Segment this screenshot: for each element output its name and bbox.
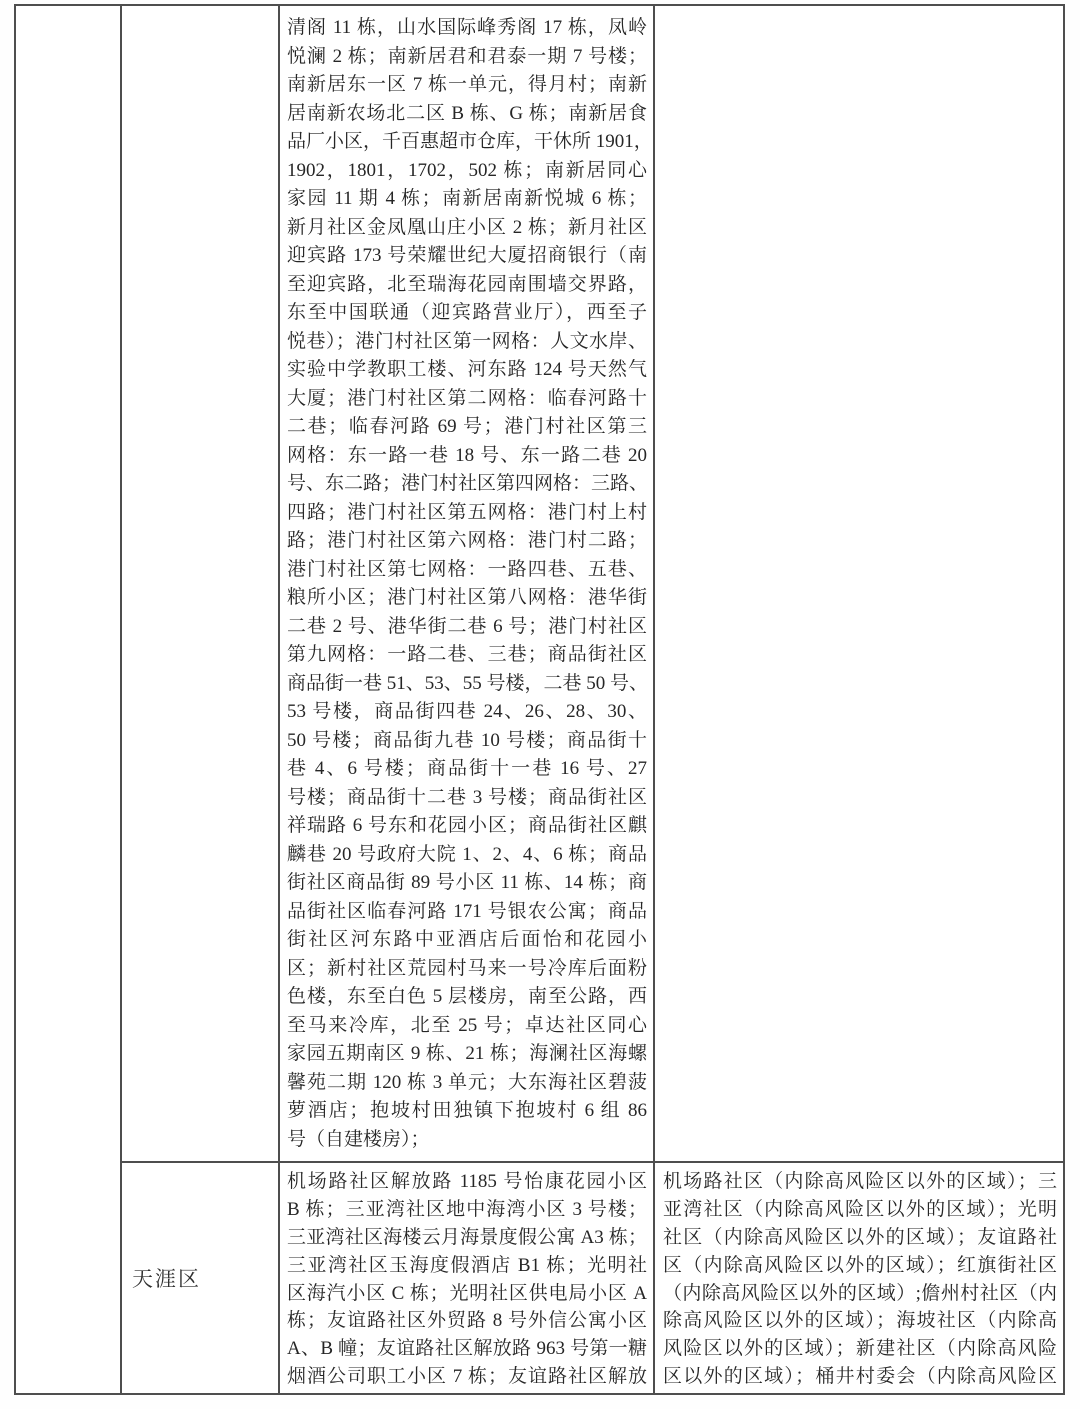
text-line: 悦澜 2 栋；南新居君和君泰一期 7 号楼； [287, 43, 647, 72]
text-line: 区以外的区域）；桶井村委会（内除高风险区 [663, 1363, 1057, 1391]
text-line: 南新居东一区 7 栋一单元，得月村；南新 [287, 71, 647, 100]
text-line: 烟酒公司职工小区 7 栋；友谊路社区解放 [287, 1363, 647, 1391]
text-line: 区海汽小区 C 栋；光明社区供电局小区 A [287, 1280, 647, 1308]
text-line: 清阁 11 栋，山水国际峰秀阁 17 栋，凤岭 [287, 14, 647, 43]
text-line: 机场路社区解放路 1185 号怡康花园小区 [287, 1168, 647, 1196]
text-line: 社区（内除高风险区以外的区域）；友谊路社 [663, 1224, 1057, 1252]
other-areas-cell-row1 [655, 6, 1063, 1163]
text-line: 风险区以外的区域）；新建社区（内除高风险 [663, 1335, 1057, 1363]
text-line: 机场路社区（内除高风险区以外的区域）；三 [663, 1168, 1057, 1196]
text-line: 1902，1801，1702，502 栋；南新居同心 [287, 157, 647, 186]
text-line: 网格：东一路一巷 18 号、东一路二巷 20 [287, 442, 647, 471]
district-label: 天涯区 [132, 1263, 201, 1293]
text-line: 号、东二路；港门村社区第四网格：三路、 [287, 470, 647, 499]
text-line: 巷 4、6 号楼；商品街十一巷 16 号、27 [287, 755, 647, 784]
text-line: 家园 11 期 4 栋；南新居南新悦城 6 栋； [287, 185, 647, 214]
text-line: 四路；港门村社区第五网格：港门村上村 [287, 499, 647, 528]
risk-areas-cell-row1: 清阁 11 栋，山水国际峰秀阁 17 栋，凤岭悦澜 2 栋；南新居君和君泰一期 … [280, 6, 655, 1163]
text-line: A、B 幢；友谊路社区解放路 963 号第一糖 [287, 1335, 647, 1363]
text-line: 家园五期南区 9 栋、21 栋；海澜社区海螺 [287, 1040, 647, 1069]
text-line: 号（自建楼房）； [287, 1126, 647, 1155]
text-line: 大厦；港门村社区第二网格：临春河路十 [287, 385, 647, 414]
text-line: 二巷 2 号、港华街二巷 6 号；港门村社区 [287, 613, 647, 642]
text-line: 麟巷 20 号政府大院 1、2、4、6 栋；商品 [287, 841, 647, 870]
text-line: 50 号楼；商品街九巷 10 号楼；商品街十 [287, 727, 647, 756]
text-line: 号楼；商品街十二巷 3 号楼；商品街社区 [287, 784, 647, 813]
district-cell-row2: 天涯区 [122, 1163, 280, 1393]
text-line: 亚湾社区（内除高风险区以外的区域）；光明 [663, 1196, 1057, 1224]
text-line: B 栋；三亚湾社区地中海湾小区 3 号楼； [287, 1196, 647, 1224]
text-line: 粮所小区；港门村社区第八网格：港华街 [287, 584, 647, 613]
text-line: 第九网格：一路二巷、三巷；商品街社区 [287, 641, 647, 670]
text-line: 53 号楼，商品街四巷 24、26、28、30、 [287, 698, 647, 727]
text-line: 路；港门村社区第六网格：港门村二路； [287, 527, 647, 556]
text-line: 新月社区金凤凰山庄小区 2 栋；新月社区 [287, 214, 647, 243]
text-line: 祥瑞路 6 号东和花园小区；商品街社区麒 [287, 812, 647, 841]
document-page: 清阁 11 栋，山水国际峰秀阁 17 栋，凤岭悦澜 2 栋；南新居君和君泰一期 … [0, 0, 1080, 1409]
text-line: 迎宾路 173 号荣耀世纪大厦招商银行（南 [287, 242, 647, 271]
text-line: 萝酒店；抱坡村田独镇下抱坡村 6 组 86 [287, 1097, 647, 1126]
text-line: 三亚湾社区玉海度假酒店 B1 栋；光明社 [287, 1252, 647, 1280]
text-line: （内除高风险区以外的区域）;儋州村社区（内 [663, 1280, 1057, 1308]
text-line: 至马来冷库，北至 25 号；卓达社区同心 [287, 1012, 647, 1041]
text-line: 悦巷）；港门村社区第一网格：人文水岸、 [287, 328, 647, 357]
text-line: 区（内除高风险区以外的区域）；红旗街社区 [663, 1252, 1057, 1280]
text-line: 馨苑二期 120 栋 3 单元；大东海社区碧菠 [287, 1069, 647, 1098]
text-line: 栋；友谊路社区外贸路 8 号外信公寓小区 [287, 1307, 647, 1335]
text-line: 街社区河东路中亚酒店后面怡和花园小 [287, 926, 647, 955]
district-cell-row1 [122, 6, 280, 1163]
text-line: 商品街一巷 51、53、55 号楼，二巷 50 号、 [287, 670, 647, 699]
text-line: 至迎宾路，北至瑞海花园南围墙交界路， [287, 271, 647, 300]
text-line: 港门村社区第七网格：一路四巷、五巷、 [287, 556, 647, 585]
text-line: 品街社区临春河路 171 号银农公寓；商品 [287, 898, 647, 927]
text-line: 东至中国联通（迎宾路营业厅），西至子 [287, 299, 647, 328]
text-line: 街社区商品街 89 号小区 11 栋、14 栋；商 [287, 869, 647, 898]
text-line: 色楼，东至白色 5 层楼房，南至公路，西 [287, 983, 647, 1012]
text-line: 实验中学教职工楼、河东路 124 号天然气 [287, 356, 647, 385]
risk-area-table: 清阁 11 栋，山水国际峰秀阁 17 栋，凤岭悦澜 2 栋；南新居君和君泰一期 … [14, 4, 1065, 1395]
text-line: 居南新农场北二区 B 栋、G 栋；南新居食 [287, 100, 647, 129]
city-column-cell [16, 6, 122, 1393]
text-line: 品厂小区，千百惠超市仓库，干休所 1901， [287, 128, 647, 157]
other-areas-cell-row2: 机场路社区（内除高风险区以外的区域）；三亚湾社区（内除高风险区以外的区域）；光明… [655, 1163, 1063, 1393]
text-line: 二巷；临春河路 69 号；港门村社区第三 [287, 413, 647, 442]
risk-areas-cell-row2: 机场路社区解放路 1185 号怡康花园小区B 栋；三亚湾社区地中海湾小区 3 号… [280, 1163, 655, 1393]
text-line: 除高风险区以外的区域）；海坡社区（内除高 [663, 1307, 1057, 1335]
text-line: 区；新村社区荒园村马来一号冷库后面粉 [287, 955, 647, 984]
text-line: 三亚湾社区海楼云月海景度假公寓 A3 栋； [287, 1224, 647, 1252]
